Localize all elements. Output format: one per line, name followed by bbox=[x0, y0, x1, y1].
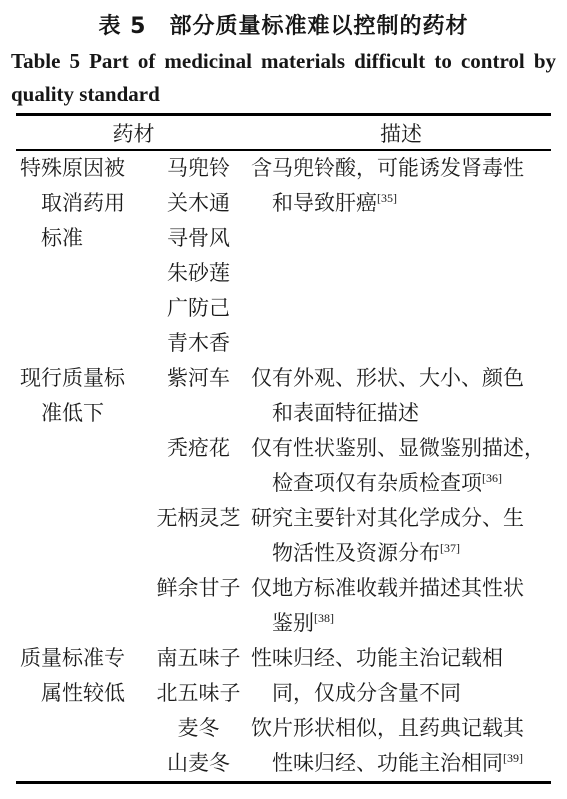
material-name: 寻骨风 bbox=[146, 221, 251, 256]
citation-ref: [38] bbox=[314, 611, 334, 625]
table-title-en: Table 5 Part of medicinal materials diff… bbox=[11, 45, 556, 111]
section-entries: 南五味子北五味子性味归经、功能主治记载相同，仅成分含量不同麦冬山麦冬饮片形状相似… bbox=[146, 641, 551, 781]
table-section: 现行质量标准低下紫河车仅有外观、形状、大小、颜色和表面特征描述秃疮花仅有性状鉴别… bbox=[16, 361, 551, 641]
category-line: 取消药用 bbox=[20, 186, 146, 221]
citation-ref: [39] bbox=[503, 751, 523, 765]
table-entry: 麦冬山麦冬饮片形状相似，且药典记载其性味归经、功能主治相同[39] bbox=[146, 711, 551, 781]
material-name: 南五味子 bbox=[146, 641, 251, 676]
table-entry: 秃疮花仅有性状鉴别、显微鉴别描述，检查项仅有杂质检查项[36] bbox=[146, 431, 551, 501]
material-cell: 无柄灵芝 bbox=[146, 501, 251, 571]
category-line: 准低下 bbox=[20, 396, 146, 431]
table-bottom-rule bbox=[16, 781, 551, 784]
category-line: 属性较低 bbox=[20, 676, 146, 711]
description-cell: 仅有性状鉴别、显微鉴别描述，检查项仅有杂质检查项[36] bbox=[251, 431, 551, 501]
section-entries: 紫河车仅有外观、形状、大小、颜色和表面特征描述秃疮花仅有性状鉴别、显微鉴别描述，… bbox=[146, 361, 551, 641]
document-page: 表 5 部分质量标准难以控制的药材 Table 5 Part of medici… bbox=[0, 0, 567, 799]
material-cell: 南五味子北五味子 bbox=[146, 641, 251, 711]
table-entry: 马兜铃关木通寻骨风朱砂莲广防己青木香含马兜铃酸，可能诱发肾毒性和导致肝癌[35] bbox=[146, 151, 551, 361]
category-cell: 现行质量标准低下 bbox=[16, 361, 146, 641]
description-cell: 研究主要针对其化学成分、生物活性及资源分布[37] bbox=[251, 501, 551, 571]
material-cell: 秃疮花 bbox=[146, 431, 251, 501]
category-line: 现行质量标 bbox=[20, 361, 146, 396]
table-entry: 紫河车仅有外观、形状、大小、颜色和表面特征描述 bbox=[146, 361, 551, 431]
description-line: 研究主要针对其化学成分、生 bbox=[251, 501, 551, 536]
material-cell: 麦冬山麦冬 bbox=[146, 711, 251, 781]
table-entry: 无柄灵芝研究主要针对其化学成分、生物活性及资源分布[37] bbox=[146, 501, 551, 571]
table: 药材 描述 特殊原因被取消药用标准马兜铃关木通寻骨风朱砂莲广防己青木香含马兜铃酸… bbox=[16, 113, 551, 784]
table-entry: 南五味子北五味子性味归经、功能主治记载相同，仅成分含量不同 bbox=[146, 641, 551, 711]
material-name: 青木香 bbox=[146, 326, 251, 361]
material-name: 紫河车 bbox=[146, 361, 251, 396]
category-cell: 特殊原因被取消药用标准 bbox=[16, 151, 146, 361]
description-line: 仅有性状鉴别、显微鉴别描述， bbox=[251, 431, 551, 466]
citation-ref: [37] bbox=[440, 541, 460, 555]
description-cell: 性味归经、功能主治记载相同，仅成分含量不同 bbox=[251, 641, 551, 711]
material-name: 鲜余甘子 bbox=[146, 571, 251, 606]
description-line: 仅有外观、形状、大小、颜色 bbox=[251, 361, 551, 396]
description-line: 和表面特征描述 bbox=[251, 396, 551, 431]
material-name: 山麦冬 bbox=[146, 746, 251, 781]
description-line: 仅地方标准收载并描述其性状 bbox=[251, 571, 551, 606]
table-header-row: 药材 描述 bbox=[16, 116, 551, 149]
material-name: 北五味子 bbox=[146, 676, 251, 711]
description-line: 饮片形状相似，且药典记载其 bbox=[251, 711, 551, 746]
column-header-description: 描述 bbox=[251, 118, 551, 148]
material-name: 麦冬 bbox=[146, 711, 251, 746]
table-title-zh: 表 5 部分质量标准难以控制的药材 bbox=[0, 12, 567, 42]
material-name: 秃疮花 bbox=[146, 431, 251, 466]
citation-ref: [36] bbox=[482, 471, 502, 485]
description-line: 和导致肝癌[35] bbox=[251, 186, 551, 221]
description-line: 性味归经、功能主治记载相 bbox=[251, 641, 551, 676]
table-section: 特殊原因被取消药用标准马兜铃关木通寻骨风朱砂莲广防己青木香含马兜铃酸，可能诱发肾… bbox=[16, 151, 551, 361]
material-name: 朱砂莲 bbox=[146, 256, 251, 291]
category-line: 标准 bbox=[20, 221, 146, 256]
description-cell: 饮片形状相似，且药典记载其性味归经、功能主治相同[39] bbox=[251, 711, 551, 781]
description-line: 性味归经、功能主治相同[39] bbox=[251, 746, 551, 781]
description-line: 检查项仅有杂质检查项[36] bbox=[251, 466, 551, 501]
material-name: 关木通 bbox=[146, 186, 251, 221]
description-line: 鉴别[38] bbox=[251, 606, 551, 641]
description-cell: 仅有外观、形状、大小、颜色和表面特征描述 bbox=[251, 361, 551, 431]
table-section: 质量标准专属性较低南五味子北五味子性味归经、功能主治记载相同，仅成分含量不同麦冬… bbox=[16, 641, 551, 781]
material-name: 马兜铃 bbox=[146, 151, 251, 186]
category-line: 质量标准专 bbox=[20, 641, 146, 676]
description-cell: 仅地方标准收载并描述其性状鉴别[38] bbox=[251, 571, 551, 641]
description-cell: 含马兜铃酸，可能诱发肾毒性和导致肝癌[35] bbox=[251, 151, 551, 361]
table-body: 特殊原因被取消药用标准马兜铃关木通寻骨风朱砂莲广防己青木香含马兜铃酸，可能诱发肾… bbox=[16, 151, 551, 781]
column-header-materials: 药材 bbox=[16, 118, 251, 148]
table-title-en-line2: quality standard bbox=[11, 78, 556, 111]
table-entry: 鲜余甘子仅地方标准收载并描述其性状鉴别[38] bbox=[146, 571, 551, 641]
material-cell: 紫河车 bbox=[146, 361, 251, 431]
material-name: 无柄灵芝 bbox=[146, 501, 251, 536]
material-cell: 鲜余甘子 bbox=[146, 571, 251, 641]
category-cell: 质量标准专属性较低 bbox=[16, 641, 146, 781]
description-line: 同，仅成分含量不同 bbox=[251, 676, 551, 711]
material-cell: 马兜铃关木通寻骨风朱砂莲广防己青木香 bbox=[146, 151, 251, 361]
category-line: 特殊原因被 bbox=[20, 151, 146, 186]
table-title-en-line1: Table 5 Part of medicinal materials diff… bbox=[11, 45, 556, 78]
description-line: 物活性及资源分布[37] bbox=[251, 536, 551, 571]
material-name: 广防己 bbox=[146, 291, 251, 326]
section-entries: 马兜铃关木通寻骨风朱砂莲广防己青木香含马兜铃酸，可能诱发肾毒性和导致肝癌[35] bbox=[146, 151, 551, 361]
description-line: 含马兜铃酸，可能诱发肾毒性 bbox=[251, 151, 551, 186]
citation-ref: [35] bbox=[377, 191, 397, 205]
